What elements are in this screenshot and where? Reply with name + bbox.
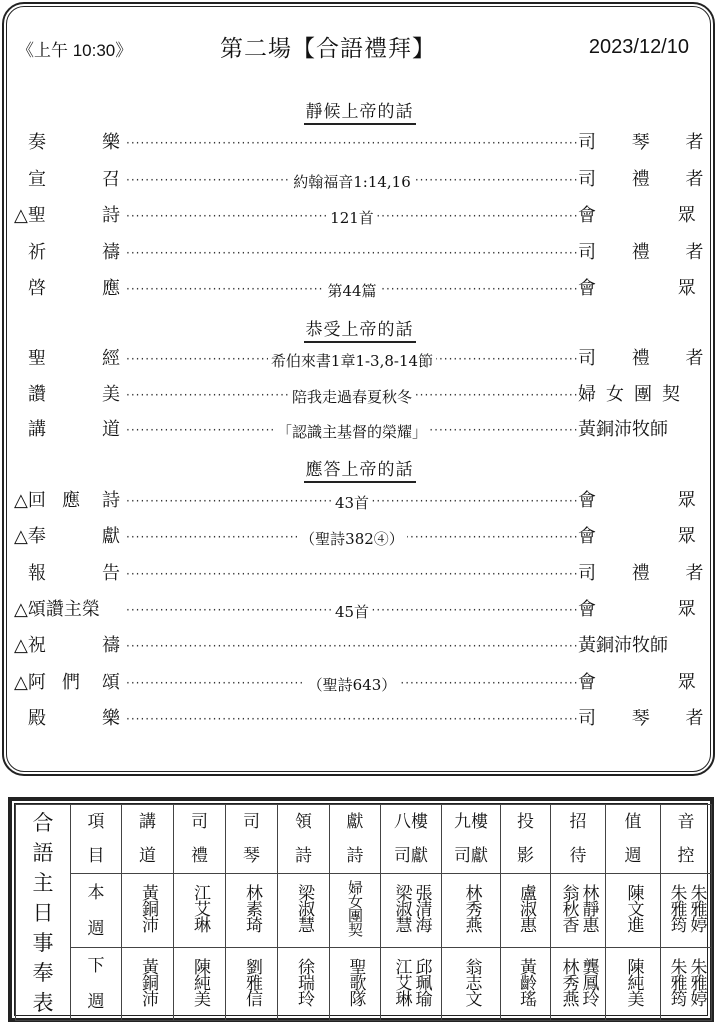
duty-header-row: 合語主日事奉表項目講道司禮司琴領詩獻詩八樓司獻九樓司獻投影招待值週音控 [16,805,712,874]
duty-cell: 林秀燕 [442,874,501,948]
service-item-leader-text: 司 禮 者 [578,346,703,372]
duty-cell: 江艾琳 [174,874,226,948]
service-item: △祝禱·····································… [14,633,704,659]
service-item-name: 啓應 [14,276,122,302]
service-item-name-part: 殿 [28,706,46,732]
service-item-leader-text: 司 琴 者 [578,706,703,732]
service-item-name: 讚美 [14,382,122,408]
stacked-text: 詩 [278,839,329,873]
duty-cell: 黃銅沛 [122,874,174,948]
service-item-leader-text: 黃銅沛牧師 [578,633,668,659]
assigned-person: 翁志文 [462,958,481,1006]
stacked-text: 值 [606,805,660,839]
service-item: △頌讚主榮···································… [14,597,704,623]
service-item-leader-text: 會 眾 [578,597,696,623]
service-item: △奉獻·····································… [14,524,704,550]
service-item: 讚美······································… [14,382,704,408]
assigned-person: 黃齡瑤 [516,958,535,1006]
service-item: 講道······································… [14,417,704,443]
duty-cell: 朱雅婷朱雅筠 [661,948,712,1021]
duty-column-header: 獻詩 [330,805,381,874]
service-title: 第二場【合語禮拜】 [220,30,436,63]
service-item-name-part: 頌 [102,670,120,696]
assigned-person: 林靜惠 [579,884,598,932]
service-item-name-part: 經 [102,346,120,372]
service-item-leader-text: 司 禮 者 [578,561,703,587]
duty-row: 本週黃銅沛江艾琳林素琦梁淑慧婦女團契張清海梁淑慧林秀燕盧淑惠林靜惠翁秋香陳文進朱… [16,874,712,948]
stacked-text: 司 [226,805,277,839]
service-item-detail: 第44篇 [126,278,578,302]
service-item-name: △阿們頌 [14,670,122,696]
service-item-name-part: △阿 [14,670,46,696]
service-item-leader-text: 司 禮 者 [578,167,703,193]
assigned-person: 聖歌隊 [346,958,365,1006]
service-item-detail-text: 43首 [332,494,372,512]
service-item: 報告······································… [14,561,704,587]
service-item-name-part: 告 [102,561,120,587]
service-item-name-part: 詩 [102,488,120,514]
stacked-text: 待 [551,839,605,873]
duty-column-header: 音控 [661,805,712,874]
service-date: 2023/12/10 [589,36,689,59]
duty-column-header: 九樓司獻 [442,805,501,874]
leader-dots: ········································… [126,706,578,732]
service-item-detail: 「認識主基督的榮耀」 [126,419,578,443]
service-item-leader: 黃銅沛牧師 [578,633,704,659]
service-item-name-part: 奏 [28,130,46,156]
dot-leader: ········································… [126,561,578,587]
service-item-name-part: △頌讚主榮 [14,597,100,623]
leader-dots: ········································… [126,561,578,587]
stacked-text: 日 [16,898,70,928]
assigned-person: 林秀燕 [559,958,578,1006]
service-item-name-part: 祈 [28,240,46,266]
leader-dots: ········································… [126,240,578,266]
assigned-person: 黃銅沛 [138,958,157,1006]
service-item-detail: 陪我走過春夏秋冬 [126,384,578,408]
stacked-text: 八樓 [381,805,441,839]
stacked-text: 週 [606,839,660,873]
duty-roster-inner-border: 合語主日事奉表項目講道司禮司琴領詩獻詩八樓司獻九樓司獻投影招待值週音控本週黃銅沛… [14,803,708,1016]
stacked-text: 項 [71,805,121,839]
assigned-person: 江艾琳 [190,884,209,932]
service-item-name-part: 啓 [28,276,46,302]
service-item-leader: 司 琴 者 [578,706,704,732]
duty-cell: 林素琦 [226,874,278,948]
duty-cell: 梁淑慧 [278,874,330,948]
duty-column-header: 講道 [122,805,174,874]
service-item-name-part: 召 [102,167,120,193]
assigned-person: 張清海 [412,884,431,932]
service-item-name-part: 們 [62,670,80,696]
service-item-name: 祈禱 [14,240,122,266]
stacked-text: 詩 [330,839,380,873]
stacked-text: 語 [16,838,70,868]
service-item-leader-text: 會 眾 [578,488,696,514]
service-item-name-part: 讚 [28,382,46,408]
assigned-person: 陳純美 [624,958,643,1006]
duty-cell: 黃齡瑤 [501,948,551,1021]
dot-leader: ········································… [126,167,578,193]
assigned-person: 陳純美 [190,958,209,1006]
duty-cell: 龔鳳玲林秀燕 [551,948,606,1021]
dot-leader: ········································… [126,203,578,229]
assigned-person: 梁淑慧 [392,884,411,932]
service-item-name-part: △奉 [14,524,46,550]
service-item-detail: 45首 [126,599,578,623]
service-item-leader-text: 司 禮 者 [578,240,703,266]
duty-column-header: 司禮 [174,805,226,874]
assigned-person: 林素琦 [242,884,261,932]
stacked-text: 招 [551,805,605,839]
service-item-name: △頌讚主榮 [14,597,122,623]
service-item-detail-text: （聖詩643） [305,676,400,694]
assigned-person: 朱雅筠 [667,884,686,932]
service-item-name: 報告 [14,561,122,587]
stacked-text: 九樓 [442,805,500,839]
stacked-text: 本 [71,875,121,911]
stacked-text: 下 [71,948,121,984]
duty-table-title: 合語主日事奉表 [16,805,71,1021]
service-item-name-part: 樂 [102,130,120,156]
stacked-text: 領 [278,805,329,839]
service-item-name-part: △回 [14,488,46,514]
duty-column-header: 投影 [501,805,551,874]
service-item-detail-text: 希伯來書1章1-3,8-14節 [268,352,436,370]
duty-cell: 陳純美 [606,948,661,1021]
duty-cell: 翁志文 [442,948,501,1021]
service-item-name-part: 應 [62,488,80,514]
service-item-leader-text: 會 眾 [578,276,696,302]
service-item-detail-text: 121首 [327,209,377,227]
assigned-person: 梁淑慧 [294,884,313,932]
dot-leader: ········································… [126,130,578,156]
service-item-detail: 希伯來書1章1-3,8-14節 [126,348,578,372]
stacked-text: 主 [16,868,70,898]
service-item-detail: （聖詩382④） [126,526,578,550]
service-item-detail: 43首 [126,490,578,514]
service-item-leader-text: 婦女團契 [578,382,690,408]
duty-row-label: 下週 [71,948,122,1021]
duty-column-header: 司琴 [226,805,278,874]
assigned-person: 翁秋香 [559,884,578,932]
service-item-name: △回應詩 [14,488,122,514]
stacked-text: 司 [174,805,225,839]
assigned-person: 劉雅信 [242,958,261,1006]
assigned-person: 朱雅婷 [687,958,706,1006]
service-item-name: △聖詩 [14,203,122,229]
section-heading-text: 應答上帝的話 [304,455,416,483]
duty-cell: 婦女團契 [330,874,381,948]
dot-leader: ········································… [126,382,578,408]
assigned-person: 朱雅筠 [667,958,686,1006]
service-item-leader: 司 禮 者 [578,561,704,587]
section-heading: 應答上帝的話 [0,455,719,483]
service-item-leader-text: 會 眾 [578,524,696,550]
stacked-text: 控 [661,839,711,873]
dot-leader: ········································… [126,524,578,550]
service-item-name-part: 講 [28,417,46,443]
section-heading: 恭受上帝的話 [0,315,719,343]
service-item: 祈禱······································… [14,240,704,266]
duty-cell: 黃銅沛 [122,948,174,1021]
service-item-name-part: 禱 [102,633,120,659]
duty-cell: 盧淑惠 [501,874,551,948]
dot-leader: ········································… [126,346,578,372]
stacked-text: 奉 [16,958,70,988]
service-item-name: △祝禱 [14,633,122,659]
service-item-name: 奏樂 [14,130,122,156]
service-item-name-part: 詩 [102,203,120,229]
stacked-text: 影 [501,839,550,873]
dot-leader: ········································… [126,670,578,696]
service-item-name: 殿樂 [14,706,122,732]
stacked-text: 音 [661,805,711,839]
service-item-detail-text: 陪我走過春夏秋冬 [289,388,415,406]
service-item: △聖詩·····································… [14,203,704,229]
service-item-name-part: 聖 [28,346,46,372]
stacked-text: 目 [71,839,121,873]
service-item: 宣召······································… [14,167,704,193]
service-item-leader: 會 眾 [578,488,704,514]
service-item-leader: 會 眾 [578,524,704,550]
duty-cell: 朱雅婷朱雅筠 [661,874,712,948]
service-item-name: 宣召 [14,167,122,193]
service-item-leader: 會 眾 [578,670,704,696]
stacked-text: 表 [16,988,70,1018]
service-item-leader: 司 琴 者 [578,130,704,156]
assigned-person: 徐瑞玲 [294,958,313,1006]
service-item-name-part: 禱 [102,240,120,266]
stacked-text: 琴 [226,839,277,873]
service-time: 《上午 10:30》 [17,36,132,61]
assigned-person: 邱珮瑜 [412,958,431,1006]
service-item-name: 講道 [14,417,122,443]
service-item-name-part: 宣 [28,167,46,193]
service-item-name-part: 道 [102,417,120,443]
section-heading-text: 靜候上帝的話 [304,97,416,125]
duty-cell: 林靜惠翁秋香 [551,874,606,948]
dot-leader: ········································… [126,706,578,732]
service-item-name-part: △聖 [14,203,46,229]
service-item-leader-text: 司 琴 者 [578,130,703,156]
duty-column-header: 八樓司獻 [381,805,442,874]
dot-leader: ········································… [126,597,578,623]
dot-leader: ········································… [126,633,578,659]
assigned-person: 龔鳳玲 [579,958,598,1006]
service-item-name: 聖經 [14,346,122,372]
service-item: △阿們頌····································… [14,670,704,696]
service-item-leader: 司 禮 者 [578,240,704,266]
leader-dots: ········································… [126,130,578,156]
service-item-leader: 會 眾 [578,203,704,229]
duty-cell: 陳純美 [174,948,226,1021]
service-item-name-part: 樂 [102,706,120,732]
duty-cell: 陳文進 [606,874,661,948]
service-item-leader-text: 會 眾 [578,670,696,696]
leader-dots: ········································… [126,633,578,659]
service-item-leader-text: 會 眾 [578,203,696,229]
service-item: 啓應······································… [14,276,704,302]
duty-cell: 聖歌隊 [330,948,381,1021]
stacked-text: 投 [501,805,550,839]
duty-corner-label: 項目 [71,805,122,874]
section-heading: 靜候上帝的話 [0,97,719,125]
service-item-detail-text: 「認識主基督的榮耀」 [274,423,430,441]
dot-leader: ········································… [126,240,578,266]
assigned-person: 盧淑惠 [516,884,535,932]
service-item-detail-text: （聖詩382④） [297,530,407,548]
duty-cell: 徐瑞玲 [278,948,330,1021]
stacked-text: 司獻 [381,839,441,873]
service-item-detail-text: 第44篇 [324,282,379,300]
duty-row-label: 本週 [71,874,122,948]
service-item: △回應詩····································… [14,488,704,514]
assigned-person: 婦女團契 [347,880,363,936]
service-item-leader: 婦女團契 [578,382,704,408]
service-item: 殿樂······································… [14,706,704,732]
stacked-text: 週 [71,911,121,947]
stacked-text: 事 [16,928,70,958]
service-item: 聖經······································… [14,346,704,372]
service-item-leader: 司 禮 者 [578,167,704,193]
service-item-name-part: 報 [28,561,46,587]
stacked-text: 獻 [330,805,380,839]
dot-leader: ········································… [126,488,578,514]
service-item-detail: （聖詩643） [126,672,578,696]
service-item: 奏樂······································… [14,130,704,156]
stacked-text: 講 [122,805,173,839]
service-item-name-part: 美 [102,382,120,408]
assigned-person: 黃銅沛 [138,884,157,932]
duty-cell: 張清海梁淑慧 [381,874,442,948]
stacked-text: 合 [16,808,70,838]
duty-column-header: 領詩 [278,805,330,874]
dot-leader: ········································… [126,417,578,443]
duty-row: 下週黃銅沛陳純美劉雅信徐瑞玲聖歌隊邱珮瑜江艾琳翁志文黃齡瑤龔鳳玲林秀燕陳純美朱雅… [16,948,712,1021]
service-item-leader-text: 黃銅沛牧師 [578,417,668,443]
stacked-text: 司獻 [442,839,500,873]
duty-roster: 合語主日事奉表項目講道司禮司琴領詩獻詩八樓司獻九樓司獻投影招待值週音控本週黃銅沛… [8,797,714,1022]
stacked-text: 道 [122,839,173,873]
service-item-name: △奉獻 [14,524,122,550]
duty-column-header: 值週 [606,805,661,874]
service-item-leader: 黃銅沛牧師 [578,417,704,443]
section-heading-text: 恭受上帝的話 [304,315,416,343]
assigned-person: 陳文進 [624,884,643,932]
service-item-leader: 會 眾 [578,597,704,623]
service-item-name-part: △祝 [14,633,46,659]
service-item-detail-text: 45首 [332,603,372,621]
service-item-leader: 司 禮 者 [578,346,704,372]
assigned-person: 林秀燕 [462,884,481,932]
duty-cell: 邱珮瑜江艾琳 [381,948,442,1021]
duty-roster-table: 合語主日事奉表項目講道司禮司琴領詩獻詩八樓司獻九樓司獻投影招待值週音控本週黃銅沛… [15,804,712,1021]
duty-column-header: 招待 [551,805,606,874]
dot-leader: ········································… [126,276,578,302]
assigned-person: 朱雅婷 [687,884,706,932]
stacked-text: 週 [71,984,121,1020]
service-item-detail: 121首 [126,205,578,229]
service-item-detail: 約翰福音1:14,16 [126,169,578,193]
service-item-leader: 會 眾 [578,276,704,302]
duty-cell: 劉雅信 [226,948,278,1021]
assigned-person: 江艾琳 [392,958,411,1006]
stacked-text: 禮 [174,839,225,873]
service-item-detail-text: 約翰福音1:14,16 [290,173,414,191]
service-item-name-part: 獻 [102,524,120,550]
service-item-name-part: 應 [102,276,120,302]
